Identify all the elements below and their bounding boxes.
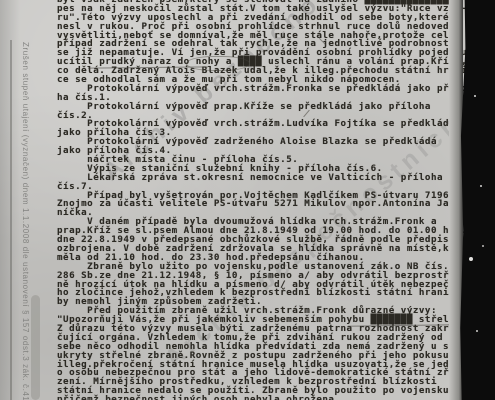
text-line: Lékařská zpráva st.okresní nemocnice ve … — [57, 174, 473, 183]
document-text: byl však zadržen psem,který se stěhoval … — [57, 0, 473, 400]
page-spine-line — [10, 40, 12, 400]
text-line: Protokolární výpověď vrch.strážm.Fronka … — [57, 85, 473, 94]
margin-smudge — [31, 295, 40, 400]
scanned-document-page: Archiv bezpečnostních složek Archiv bezp… — [0, 0, 495, 400]
dust-specks — [474, 95, 476, 97]
text-line: Znojmo za účasti velitele PS-útvaru 5271… — [57, 200, 473, 209]
text-line: přičemž bezpečnost jiných osob nebyla oh… — [57, 396, 473, 400]
text-line: Protokolární výpověď prap.Kříže se předk… — [57, 103, 473, 112]
pencil-circle — [186, 56, 250, 71]
